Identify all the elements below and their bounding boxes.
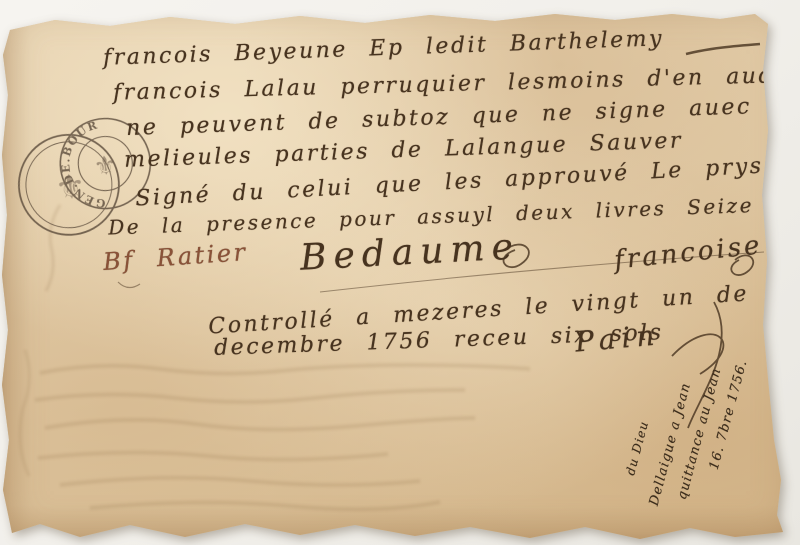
scanned-manuscript-page: GEN.DE.BOURGES ⚜ ⚜ francois Beyeune Ep l…: [0, 0, 800, 545]
paper-sheet: GEN.DE.BOURGES ⚜ ⚜ francois Beyeune Ep l…: [0, 0, 800, 545]
paper-shadow: GEN.DE.BOURGES ⚜ ⚜ francois Beyeune Ep l…: [0, 0, 800, 545]
